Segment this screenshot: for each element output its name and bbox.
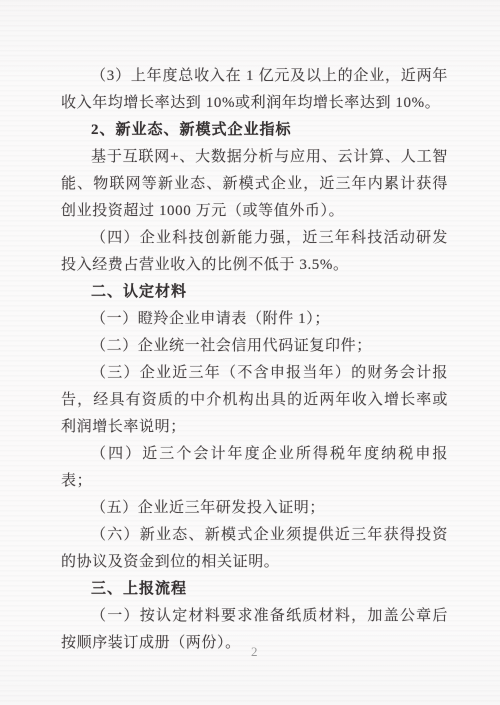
body-paragraph: （二）企业统一社会信用代码证复印件； (61, 333, 448, 360)
body-paragraph: （五）企业近三年研发投入证明； (61, 495, 448, 522)
document-page: （3）上年度总收入在 1 亿元及以上的企业，近两年收入年均增长率达到 10%或利… (0, 0, 500, 705)
page-number: 2 (61, 643, 448, 661)
document-text: （3）上年度总收入在 1 亿元及以上的企业，近两年收入年均增长率达到 10%或利… (61, 63, 448, 657)
body-paragraph: （3）上年度总收入在 1 亿元及以上的企业，近两年收入年均增长率达到 10%或利… (61, 63, 448, 117)
body-paragraph: （六）新业态、新模式企业须提供近三年获得投资的协议及资金到位的相关证明。 (61, 522, 448, 576)
section-heading: 三、上报流程 (61, 576, 448, 603)
body-paragraph: 基于互联网+、大数据分析与应用、云计算、人工智能、物联网等新业态、新模式企业，近… (61, 144, 448, 225)
body-paragraph: （三）企业近三年（不含申报当年）的财务会计报告，经具有资质的中介机构出具的近两年… (61, 360, 448, 441)
body-paragraph: （四）企业科技创新能力强，近三年科技活动研发投入经费占营业收入的比例不低于 3.… (61, 225, 448, 279)
body-paragraph: （四）近三个会计年度企业所得税年度纳税申报表； (61, 441, 448, 495)
section-heading: 2、新业态、新模式企业指标 (61, 117, 448, 144)
section-heading: 二、认定材料 (61, 279, 448, 306)
body-paragraph: （一）瞪羚企业申请表（附件 1）； (61, 306, 448, 333)
